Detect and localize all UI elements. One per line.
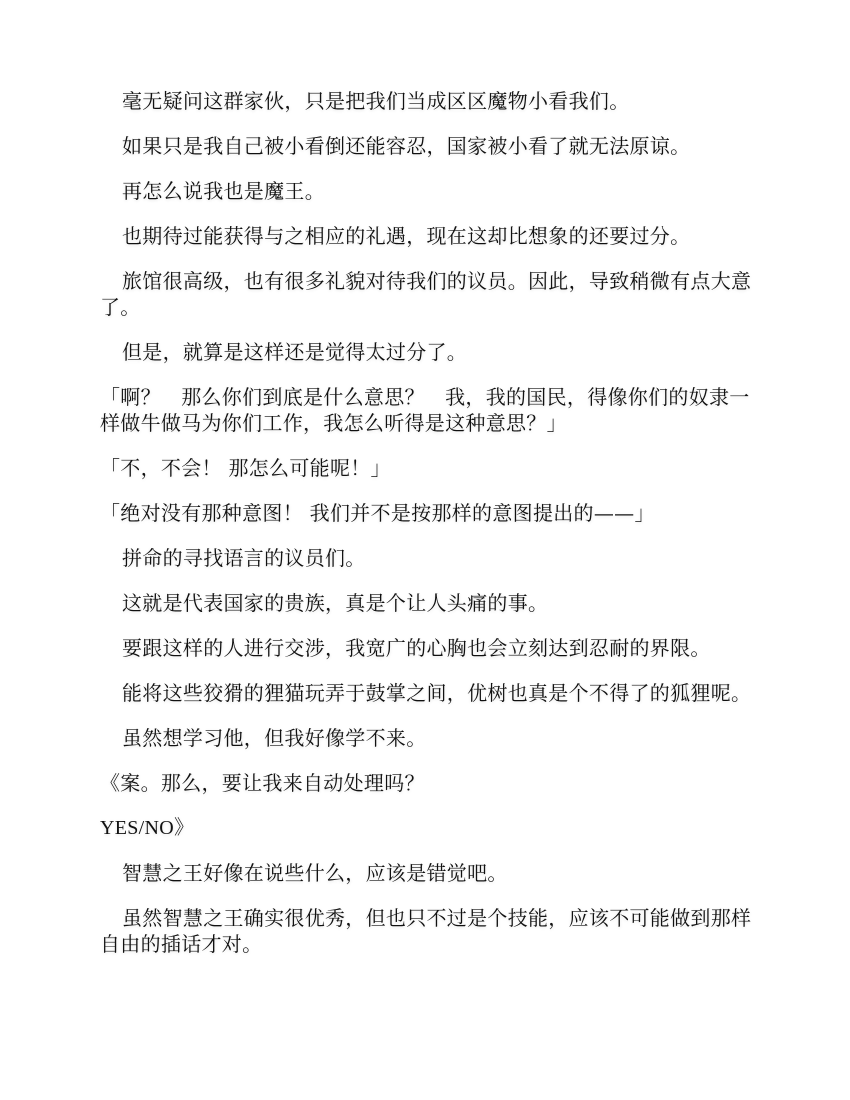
document-page: 毫无疑问这群家伙，只是把我们当成区区魔物小看我们。 如果只是我自己被小看倒还能容…	[100, 88, 752, 976]
paragraph: 虽然想学习他，但我好像学不来。	[100, 725, 752, 751]
paragraph: 再怎么说我也是魔王。	[100, 178, 752, 204]
paragraph: 但是，就算是这样还是觉得太过分了。	[100, 339, 752, 365]
system-message-paragraph: YES/NO》	[100, 815, 752, 841]
paragraph: 要跟这样的人进行交涉，我宽广的心胸也会立刻达到忍耐的界限。	[100, 635, 752, 661]
paragraph: 这就是代表国家的贵族，真是个让人头痛的事。	[100, 590, 752, 616]
paragraph: 拼命的寻找语言的议员们。	[100, 545, 752, 571]
dialogue-paragraph: 「不，不会！ 那怎么可能呢！」	[100, 455, 752, 481]
dialogue-paragraph: 「绝对没有那种意图！ 我们并不是按那样的意图提出的——」	[100, 500, 752, 526]
system-message-paragraph: 《案。那么，要让我来自动处理吗？	[100, 770, 752, 796]
paragraph: 毫无疑问这群家伙，只是把我们当成区区魔物小看我们。	[100, 88, 752, 114]
paragraph: 虽然智慧之王确实很优秀，但也只不过是个技能，应该不可能做到那样自由的插话才对。	[100, 905, 752, 957]
paragraph: 智慧之王好像在说些什么，应该是错觉吧。	[100, 860, 752, 886]
dialogue-paragraph: 「啊？ 那么你们到底是什么意思？ 我，我的国民，得像你们的奴隶一样做牛做马为你们…	[100, 384, 752, 436]
paragraph: 如果只是我自己被小看倒还能容忍，国家被小看了就无法原谅。	[100, 133, 752, 159]
paragraph: 也期待过能获得与之相应的礼遇，现在这却比想象的还要过分。	[100, 223, 752, 249]
paragraph: 旅馆很高级，也有很多礼貌对待我们的议员。因此，导致稍微有点大意了。	[100, 268, 752, 320]
paragraph: 能将这些狡猾的狸猫玩弄于鼓掌之间，优树也真是个不得了的狐狸呢。	[100, 680, 752, 706]
